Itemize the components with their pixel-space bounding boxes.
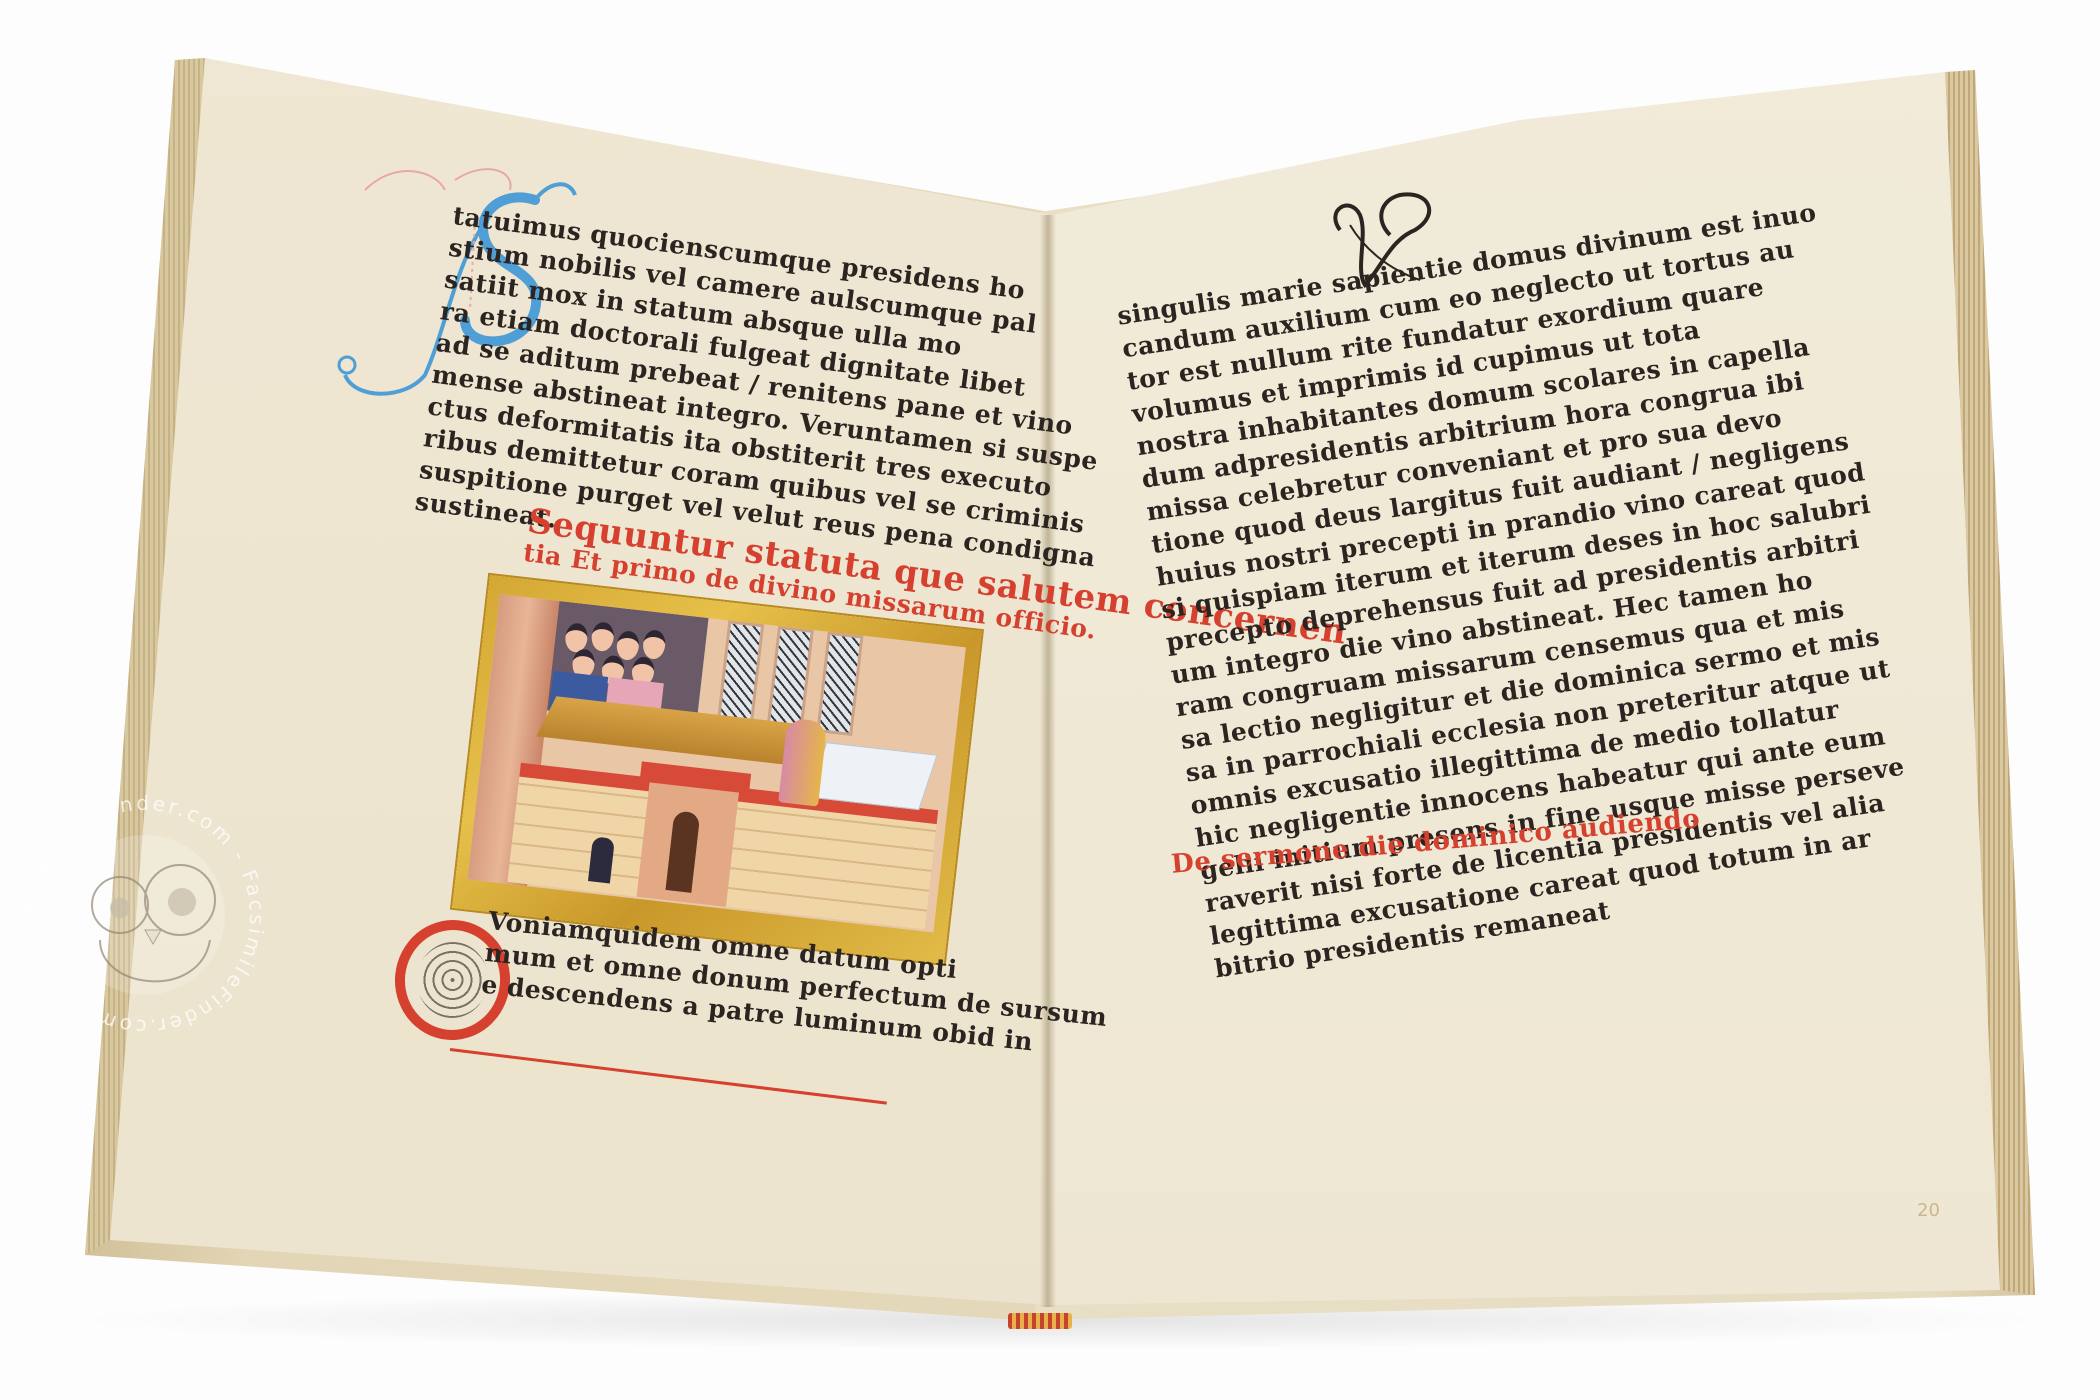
miniature-painting (467, 594, 965, 932)
miniature-window (816, 632, 863, 736)
photo-scene: tatuimus quocienscumque presidens ho sti… (0, 0, 2100, 1400)
miniature-window (767, 626, 814, 730)
headband (1008, 1313, 1072, 1329)
owl-logo-icon: FacsimileFinder.com - FacsimileFinder.co… (20, 790, 270, 1040)
miniature-window (717, 620, 764, 724)
q-penwork (413, 938, 492, 1021)
page-number: 20 (1917, 1200, 1940, 1221)
gilt-miniature-frame (452, 575, 982, 964)
